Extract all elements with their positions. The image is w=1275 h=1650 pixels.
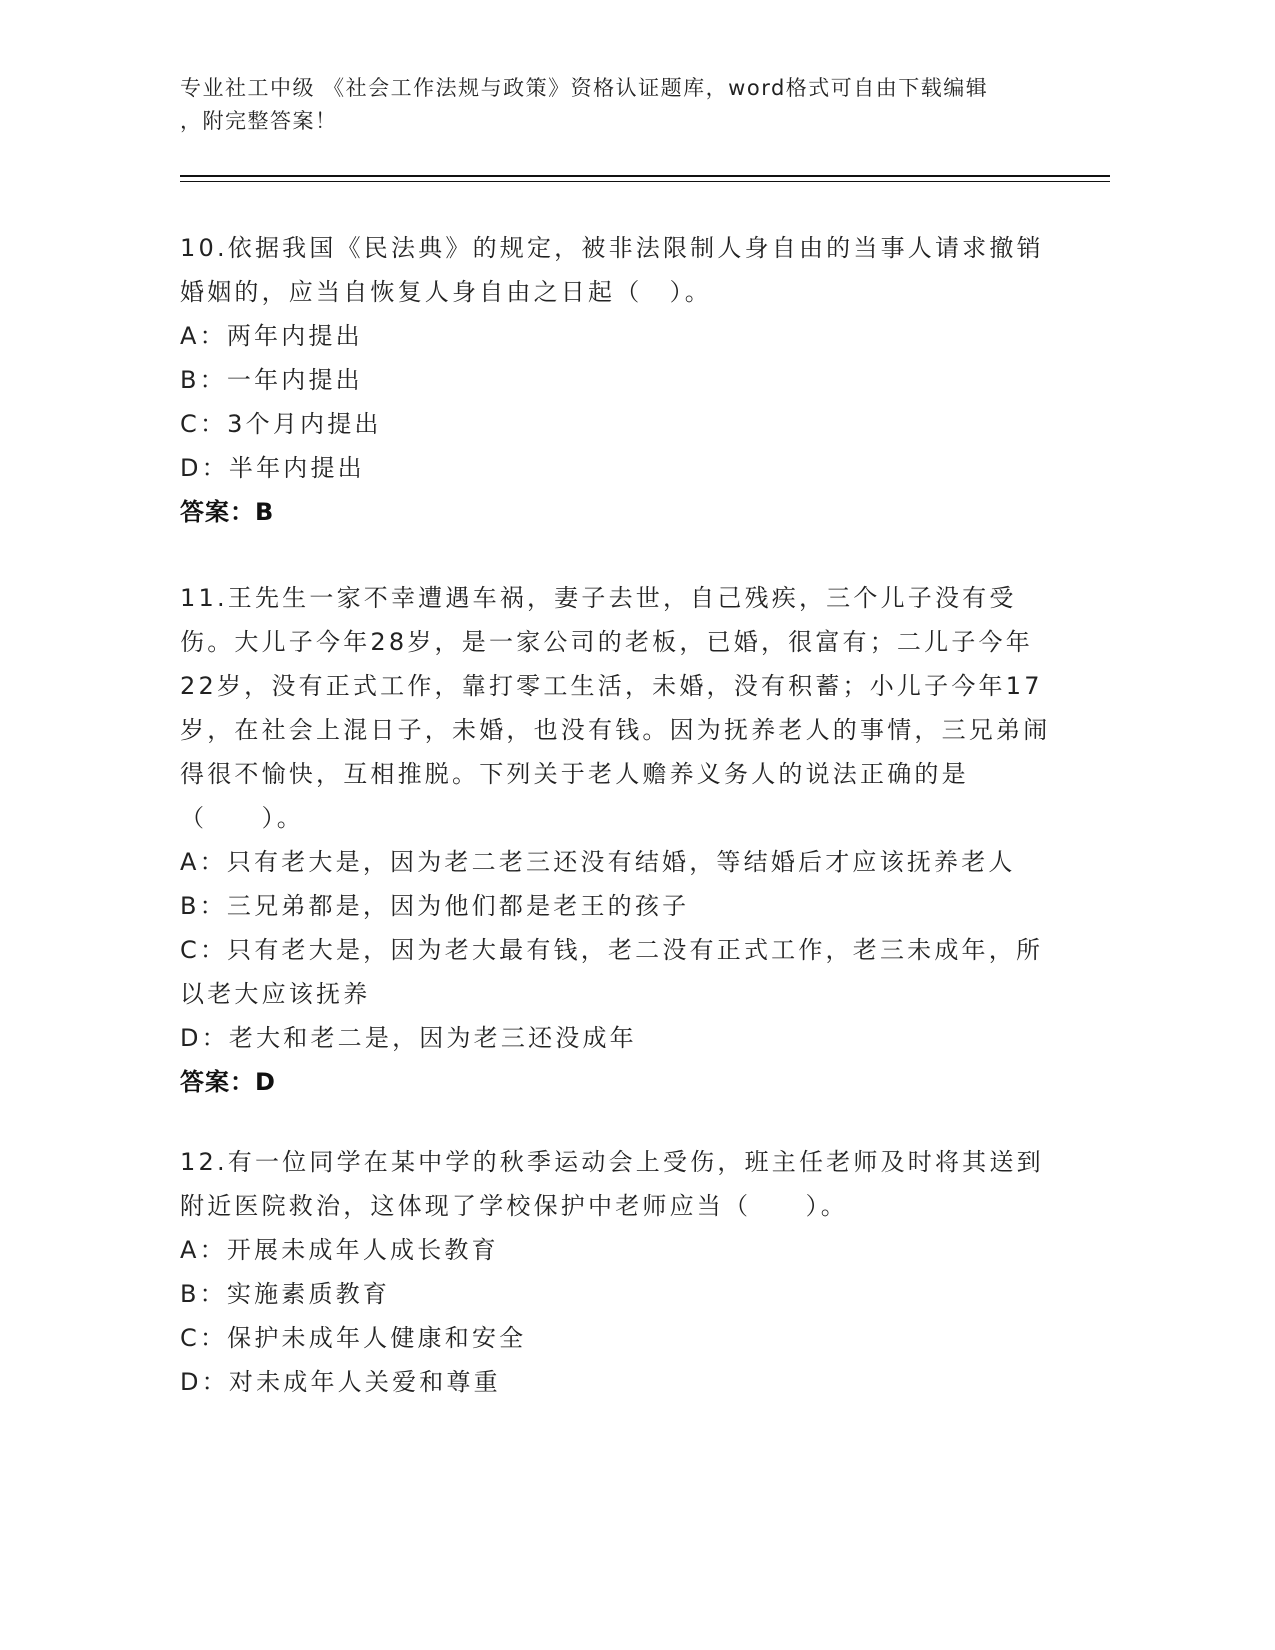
option-d: D：老大和老二是，因为老三还没成年 [180,1016,1060,1060]
header-title-line-1: 专业社工中级 《社会工作法规与政策》资格认证题库，word格式可自由下载编辑 [180,72,1060,105]
option-a: A：两年内提出 [180,314,1060,358]
option-b: B：一年内提出 [180,358,1060,402]
option-b: B：三兄弟都是，因为他们都是老王的孩子 [180,884,1060,928]
option-c: C：保护未成年人健康和安全 [180,1316,1060,1360]
question-stem: 10.依据我国《民法典》的规定，被非法限制人身自由的当事人请求撤销婚姻的，应当自… [180,226,1060,314]
question-stem: 11.王先生一家不幸遭遇车祸，妻子去世，自己残疾，三个儿子没有受伤。大儿子今年2… [180,576,1060,840]
header-title-line-2: ，附完整答案！ [180,105,1060,138]
option-d: D：半年内提出 [180,446,1060,490]
document-header: 专业社工中级 《社会工作法规与政策》资格认证题库，word格式可自由下载编辑 ，… [180,72,1060,138]
option-b: B：实施素质教育 [180,1272,1060,1316]
option-c: C：只有老大是，因为老大最有钱，老二没有正式工作，老三未成年，所以老大应该抚养 [180,928,1060,1016]
header-divider-thick [180,175,1110,177]
option-a: A：开展未成年人成长教育 [180,1228,1060,1272]
question-11: 11.王先生一家不幸遭遇车祸，妻子去世，自己残疾，三个儿子没有受伤。大儿子今年2… [180,576,1060,1104]
header-divider-thin [180,181,1110,182]
option-a: A：只有老大是，因为老二老三还没有结婚，等结婚后才应该抚养老人 [180,840,1060,884]
option-c: C：3个月内提出 [180,402,1060,446]
answer-label: 答案：D [180,1060,1060,1104]
question-stem: 12.有一位同学在某中学的秋季运动会上受伤，班主任老师及时将其送到附近医院救治，… [180,1140,1060,1228]
option-d: D：对未成年人关爱和尊重 [180,1360,1060,1404]
answer-label: 答案：B [180,490,1060,534]
question-12: 12.有一位同学在某中学的秋季运动会上受伤，班主任老师及时将其送到附近医院救治，… [180,1140,1060,1404]
question-10: 10.依据我国《民法典》的规定，被非法限制人身自由的当事人请求撤销婚姻的，应当自… [180,226,1060,534]
